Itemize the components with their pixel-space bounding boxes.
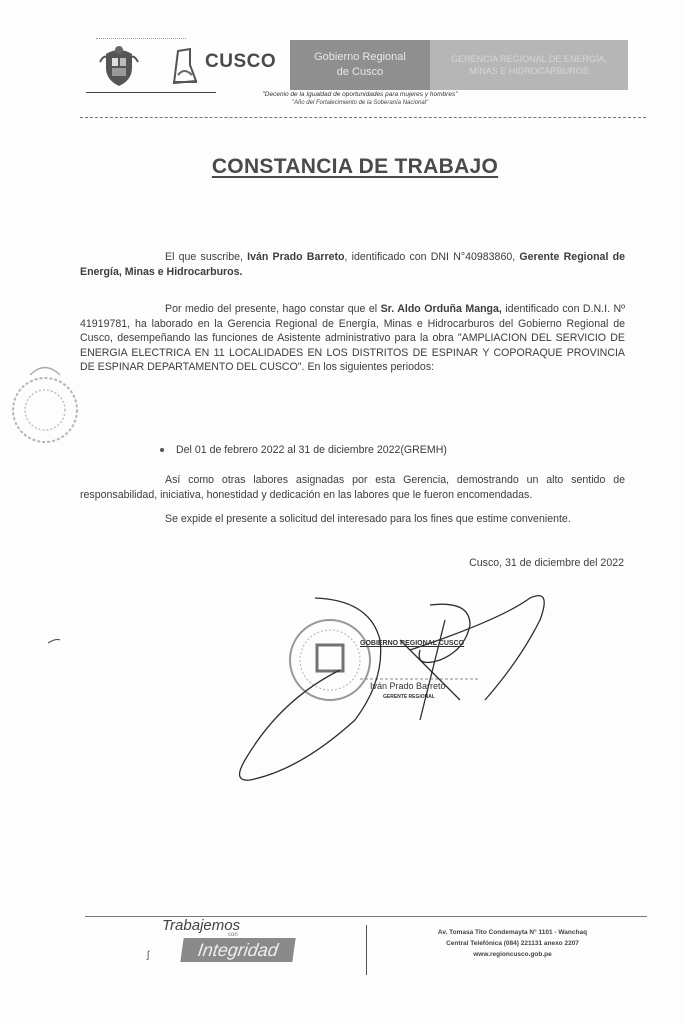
p2-text-a: Por medio del presente, hago constar que… bbox=[165, 303, 381, 315]
footer-divider bbox=[366, 925, 367, 975]
header-rule bbox=[80, 117, 646, 119]
document-title: CONSTANCIA DE TRABAJO bbox=[150, 155, 560, 179]
slogan-integridad-badge: Integridad bbox=[180, 938, 295, 962]
footer-website: www.regioncusco.gob.pe bbox=[385, 949, 640, 960]
footer-phone: Central Telefónica (084) 221131 anexo 22… bbox=[385, 938, 640, 949]
peru-coat-of-arms-icon bbox=[98, 44, 140, 88]
signer-title-stamp: GERENTE REGIONAL bbox=[383, 694, 435, 700]
place-date: Cusco, 31 de diciembre del 2022 bbox=[469, 557, 624, 569]
gob-box-line1: Gobierno Regional bbox=[290, 50, 430, 65]
paragraph-qualities: Así como otras labores asignadas por est… bbox=[80, 473, 625, 502]
p1-text-a: El que suscribe, bbox=[165, 251, 247, 263]
gerencia-box-text: GERENCIA REGIONAL DE ENERGÍA, MINAS E HI… bbox=[436, 53, 622, 77]
motto-year: "Año del Fortalecimiento de la Soberanía… bbox=[200, 100, 520, 106]
p2-employee-name: Sr. Aldo Orduña Manga, bbox=[381, 303, 502, 315]
footer-contact: Av. Tomasa Tito Condemayta N° 1101 - Wan… bbox=[385, 927, 640, 960]
gob-box-line2: de Cusco bbox=[290, 65, 430, 80]
footer-address: Av. Tomasa Tito Condemayta N° 1101 - Wan… bbox=[385, 927, 640, 938]
period-bullet: Del 01 de febrero 2022 al 31 de diciembr… bbox=[160, 444, 447, 456]
period-text: Del 01 de febrero 2022 al 31 de diciembr… bbox=[176, 444, 447, 456]
cusco-logo-text: CUSCO bbox=[205, 51, 276, 73]
paragraph-employee: Por medio del presente, hago constar que… bbox=[80, 302, 625, 375]
stray-mark-footer: ʃ bbox=[147, 950, 149, 961]
stamp-organization: GOBIERNO REGIONAL CUSCO bbox=[360, 640, 464, 647]
bullet-icon bbox=[160, 448, 164, 452]
header-top-dotted-line bbox=[96, 38, 186, 40]
motto-decade: "Decenio de la Igualdad de oportunidades… bbox=[200, 91, 520, 98]
cusco-emblem-icon bbox=[170, 45, 200, 85]
gerencia-box: GERENCIA REGIONAL DE ENERGÍA, MINAS E HI… bbox=[430, 40, 628, 90]
margin-seal-stamp-icon bbox=[13, 368, 77, 443]
paragraph-signer: El que suscribe, Iván Prado Barreto, ide… bbox=[80, 250, 625, 279]
slogan-bottom: Integridad bbox=[197, 940, 280, 960]
paragraph-purpose: Se expide el presente a solicitud del in… bbox=[80, 512, 625, 527]
p1-signer-name: Iván Prado Barreto bbox=[247, 251, 344, 263]
gobierno-regional-box: Gobierno Regional de Cusco bbox=[290, 40, 430, 90]
header-underline bbox=[86, 92, 216, 93]
signer-name-stamp: Iván Prado Barreto bbox=[370, 681, 446, 691]
p1-text-b: , identificado con DNI N°40983860, bbox=[344, 251, 515, 263]
stray-mark bbox=[48, 639, 60, 643]
